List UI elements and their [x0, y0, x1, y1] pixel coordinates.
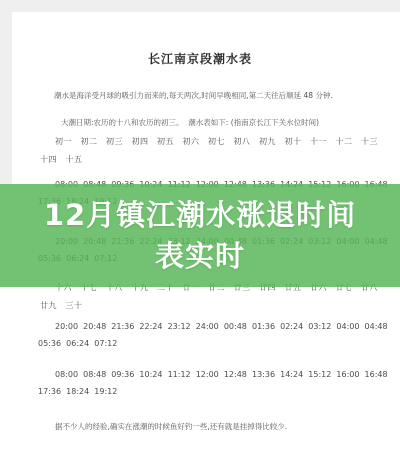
page-edge-top	[0, 0, 400, 12]
footer-note: 据不少人的经验,确实在涨潮的时候鱼好钓一些,还有就是挂掉得比较少.	[55, 420, 386, 433]
tide-times-row-3: 20:00 20:48 21:36 22:24 23:12 24:00 00:4…	[38, 318, 388, 352]
tide-times-row-4: 08:00 08:48 09:36 10:24 11:12 12:00 12:4…	[38, 366, 388, 400]
lunar-days-row-first-half: 初一 初二 初三 初四 初五 初六 初七 初八 初九 初十 十一 十二 十三 十…	[40, 133, 388, 169]
overlay-title-line1: 12月镇江潮水涨退时间	[44, 195, 356, 236]
overlay-banner: 12月镇江潮水涨退时间 表实时	[0, 184, 400, 287]
spring-tide-note: 大潮日期:农历的十八和农历的初三。 潮水表如下: (指南京长江下关水位时间)	[61, 116, 386, 129]
intro-paragraph: 潮水是海洋受月球的吸引力而来的,每天两次,时间早晚相同,第二天往后顺延 48 分…	[54, 89, 386, 102]
overlay-title-line2: 表实时	[155, 236, 245, 277]
page-title: 长江南京段潮水表	[0, 50, 400, 67]
page-edge-left	[0, 12, 12, 184]
